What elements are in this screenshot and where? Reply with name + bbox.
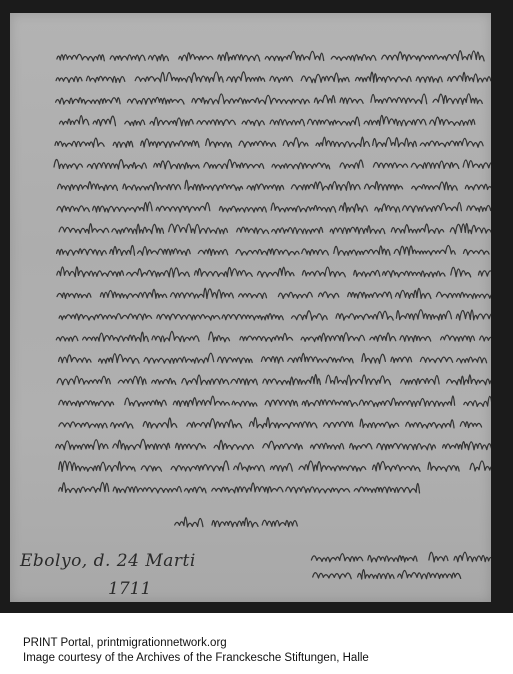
handwritten-word <box>56 440 108 450</box>
handwritten-word <box>209 332 230 342</box>
handwritten-word <box>156 203 210 212</box>
caption-courtesy: Image courtesy of the Archives of the Fr… <box>23 651 369 666</box>
handwritten-word <box>370 333 396 341</box>
caption-source: PRINT Portal, printmigrationnetwork.org <box>23 636 369 651</box>
handwritten-word <box>123 182 181 190</box>
handwritten-word <box>302 400 357 407</box>
handwritten-word <box>460 422 481 428</box>
handwritten-word <box>218 357 253 363</box>
handwritten-word <box>301 73 349 83</box>
handwritten-word <box>59 314 121 321</box>
manuscript-scan: Ebolyo, d. 24 Marti 1711 <box>0 0 513 613</box>
handwritten-word <box>326 375 391 385</box>
handwritten-word <box>152 378 176 384</box>
handwritten-word <box>187 419 242 429</box>
handwritten-word <box>354 270 380 276</box>
handwritten-word <box>292 311 328 320</box>
handwritten-word <box>464 396 491 406</box>
handwritten-word <box>324 422 353 428</box>
handwritten-word <box>480 332 491 342</box>
handwritten-word <box>271 203 336 212</box>
handwritten-word <box>150 117 193 125</box>
handwritten-word <box>336 311 393 320</box>
handwritten-word <box>152 331 199 341</box>
handwritten-word <box>467 206 491 212</box>
handwritten-word <box>265 400 297 406</box>
handwritten-word <box>222 314 283 320</box>
handwritten-word <box>171 288 234 298</box>
handwritten-word <box>358 570 394 579</box>
handwritten-word <box>141 466 161 471</box>
handwritten-word <box>348 292 392 298</box>
handwritten-word <box>436 292 491 298</box>
handwritten-word <box>448 72 491 82</box>
handwritten-word <box>362 354 386 364</box>
handwritten-word <box>450 224 491 234</box>
handwritten-word <box>262 520 297 526</box>
handwritten-word <box>107 462 135 472</box>
handwritten-word <box>100 289 166 298</box>
handwritten-word <box>443 442 491 450</box>
handwritten-word <box>135 72 165 82</box>
handwritten-word <box>339 203 367 212</box>
handwritten-word <box>141 139 199 148</box>
handwritten-word <box>394 246 455 256</box>
handwritten-word <box>311 443 344 449</box>
handwritten-word <box>247 184 284 190</box>
handwritten-word <box>57 206 89 212</box>
handwritten-word <box>57 54 104 61</box>
handwritten-word <box>237 227 269 234</box>
handwritten-word <box>111 422 133 428</box>
handwritten-word <box>56 98 121 104</box>
handwritten-word <box>236 249 299 255</box>
handwritten-word <box>396 310 451 320</box>
handwritten-word <box>454 552 491 562</box>
handwritten-word <box>368 555 417 561</box>
handwritten-word <box>55 138 104 147</box>
handwritten-word <box>144 353 214 363</box>
handwritten-word <box>464 249 490 255</box>
handwritten-word <box>118 376 146 384</box>
handwritten-word <box>59 461 106 471</box>
handwritten-word <box>319 292 339 298</box>
handwritten-word <box>195 268 253 277</box>
handwritten-word <box>401 375 439 384</box>
handwritten-word <box>175 517 203 527</box>
handwritten-word <box>227 72 265 82</box>
handwritten-word <box>359 400 390 407</box>
handwritten-word <box>340 98 363 104</box>
handwritten-word <box>93 202 153 212</box>
handwritten-word <box>354 484 419 493</box>
handwritten-word <box>261 357 283 363</box>
handwritten-word <box>377 443 436 449</box>
handwritten-word <box>396 288 431 298</box>
handwritten-word <box>93 116 115 126</box>
handwritten-word <box>302 267 345 277</box>
handwritten-word <box>57 376 110 385</box>
handwritten-word <box>59 400 114 406</box>
handwritten-word <box>57 249 107 256</box>
handwritten-word <box>302 249 329 255</box>
handwritten-word <box>263 375 321 385</box>
handwritten-word <box>56 336 78 341</box>
handwritten-word <box>270 76 293 82</box>
handwritten-word <box>110 245 135 255</box>
handwritten-word <box>59 355 91 363</box>
handwritten-word <box>406 420 454 428</box>
handwritten-word <box>391 224 443 233</box>
handwritten-word <box>299 461 366 471</box>
handwritten-word <box>169 224 228 234</box>
handwritten-word <box>127 268 190 277</box>
handwritten-word <box>350 443 372 449</box>
handwritten-word <box>59 422 107 428</box>
handwritten-word <box>87 160 146 169</box>
handwritten-word <box>428 462 459 471</box>
handwritten-word <box>192 94 255 104</box>
handwritten-word <box>433 94 482 104</box>
handwritten-word <box>179 53 213 61</box>
handwritten-word <box>334 246 390 255</box>
handwritten-word <box>125 398 167 406</box>
handwritten-word <box>420 357 452 363</box>
handwritten-word <box>456 310 491 320</box>
handwritten-word <box>375 204 400 212</box>
handwritten-word <box>439 51 484 61</box>
handwritten-word <box>463 160 491 169</box>
handwritten-word <box>360 419 399 428</box>
handwritten-word <box>234 463 265 472</box>
handwritten-word <box>113 141 133 147</box>
handwritten-word <box>173 396 229 406</box>
handwritten-word <box>59 482 109 492</box>
handwritten-word <box>83 332 149 342</box>
handwritten-word <box>451 267 471 277</box>
handwritten-word <box>212 518 258 527</box>
handwritten-word <box>231 378 257 384</box>
handwritten-word <box>54 160 83 169</box>
handwritten-word <box>198 249 227 255</box>
closing-date-line: Ebolyo, d. 24 Marti <box>20 551 196 571</box>
handwritten-word <box>256 95 310 104</box>
handwritten-word <box>270 119 304 125</box>
handwritten-word <box>154 161 199 169</box>
closing-year: 1711 <box>108 579 151 599</box>
handwritten-word <box>457 357 487 363</box>
handwritten-word <box>219 206 266 212</box>
handwritten-word <box>206 139 232 148</box>
handwritten-word <box>447 375 491 385</box>
handwritten-word <box>212 483 283 493</box>
handwritten-word <box>373 462 421 472</box>
handwritten-word <box>416 77 442 83</box>
handwritten-word <box>403 203 462 213</box>
handwritten-word <box>465 184 491 190</box>
handwritten-word <box>58 182 118 191</box>
handwritten-word <box>331 55 376 61</box>
handwritten-word <box>311 554 362 562</box>
handwritten-word <box>240 333 293 341</box>
handwritten-word <box>283 138 308 148</box>
handwritten-word <box>258 267 295 277</box>
handwritten-word <box>185 487 207 493</box>
handwritten-word <box>204 159 264 168</box>
handwritten-word <box>148 55 168 61</box>
handwritten-word <box>242 120 264 126</box>
handwritten-word <box>214 440 253 449</box>
handwritten-word <box>265 51 324 61</box>
handwritten-word <box>182 375 229 385</box>
handwritten-word <box>112 224 164 234</box>
handwritten-word <box>157 314 220 320</box>
handwritten-word <box>391 357 412 363</box>
handwritten-word <box>239 141 276 147</box>
handwritten-word <box>371 94 427 104</box>
handwritten-word <box>272 163 330 169</box>
handwritten-word <box>412 182 458 190</box>
handwritten-word <box>420 138 483 147</box>
handwritten-word <box>249 418 317 428</box>
handwriting-lines <box>10 13 491 602</box>
handwritten-word <box>59 224 109 234</box>
handwritten-word <box>316 137 370 147</box>
handwritten-word <box>113 486 181 493</box>
handwritten-word <box>113 439 170 449</box>
handwritten-word <box>330 226 385 234</box>
handwritten-word <box>400 336 431 342</box>
handwritten-word <box>270 463 292 471</box>
handwritten-word <box>430 117 475 125</box>
handwritten-word <box>87 76 125 82</box>
handwritten-word <box>56 77 82 83</box>
manuscript-page: Ebolyo, d. 24 Marti 1711 <box>10 13 491 602</box>
handwritten-word <box>411 161 459 168</box>
handwritten-word <box>263 441 303 449</box>
handwritten-word <box>288 353 353 363</box>
handwritten-word <box>356 72 412 82</box>
handwritten-word <box>57 267 124 277</box>
handwritten-word <box>286 487 350 493</box>
handwritten-word <box>218 52 260 61</box>
handwritten-word <box>291 182 360 191</box>
handwritten-word <box>278 292 312 298</box>
handwritten-word <box>314 95 335 103</box>
handwritten-word <box>479 269 492 277</box>
handwritten-word <box>143 418 177 428</box>
handwritten-word <box>383 271 446 277</box>
handwritten-word <box>110 55 145 61</box>
handwritten-word <box>127 97 184 104</box>
handwritten-word <box>391 396 454 406</box>
handwritten-word <box>99 354 139 364</box>
handwritten-word <box>301 333 365 342</box>
handwritten-word <box>364 115 426 125</box>
handwritten-word <box>60 116 89 125</box>
handwritten-word <box>125 120 145 126</box>
handwritten-word <box>197 120 235 126</box>
handwritten-word <box>382 52 439 61</box>
handwritten-word <box>272 227 323 233</box>
handwritten-word <box>176 443 206 449</box>
image-caption: PRINT Portal, printmigrationnetwork.org … <box>23 636 369 666</box>
handwritten-word <box>313 573 352 579</box>
handwritten-word <box>185 180 243 190</box>
handwritten-word <box>441 335 475 342</box>
handwritten-word <box>171 461 229 471</box>
handwritten-word <box>138 247 191 256</box>
handwritten-word <box>166 72 223 82</box>
handwritten-word <box>239 293 267 298</box>
handwritten-word <box>232 401 257 406</box>
handwritten-word <box>122 314 152 320</box>
handwritten-word <box>57 293 91 299</box>
handwritten-word <box>365 182 403 190</box>
handwritten-word <box>373 162 407 167</box>
handwritten-word <box>429 552 448 562</box>
handwritten-word <box>308 117 360 126</box>
handwritten-word <box>470 461 491 471</box>
handwritten-word <box>340 160 363 168</box>
handwritten-word <box>373 138 417 147</box>
handwritten-word <box>398 571 461 579</box>
